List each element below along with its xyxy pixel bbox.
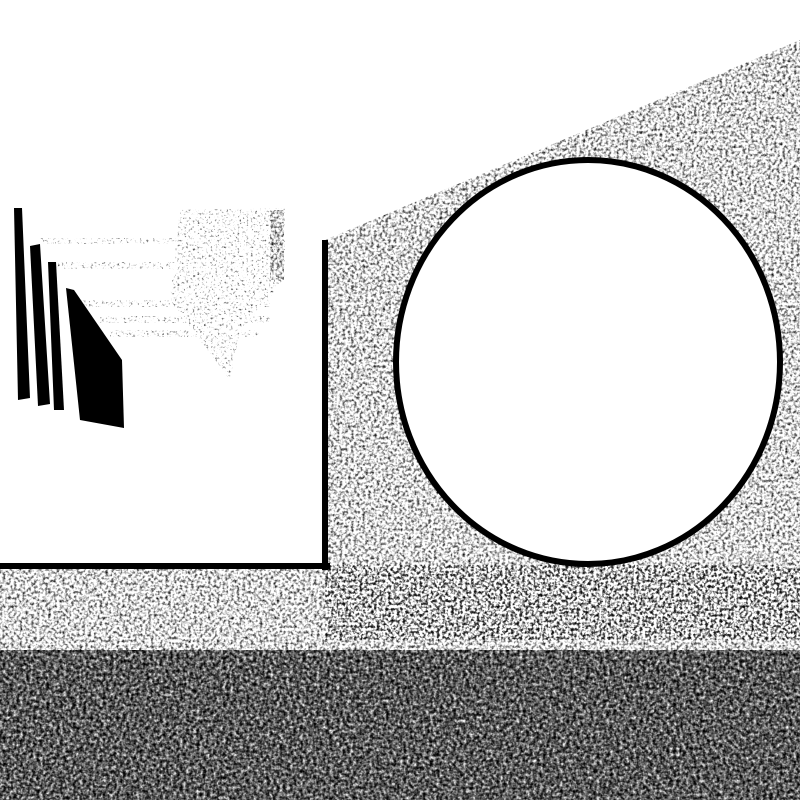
block-edge xyxy=(322,240,328,570)
artwork-canvas xyxy=(0,0,800,800)
striped-fan-shape xyxy=(14,208,285,428)
horizon-line xyxy=(0,563,330,569)
